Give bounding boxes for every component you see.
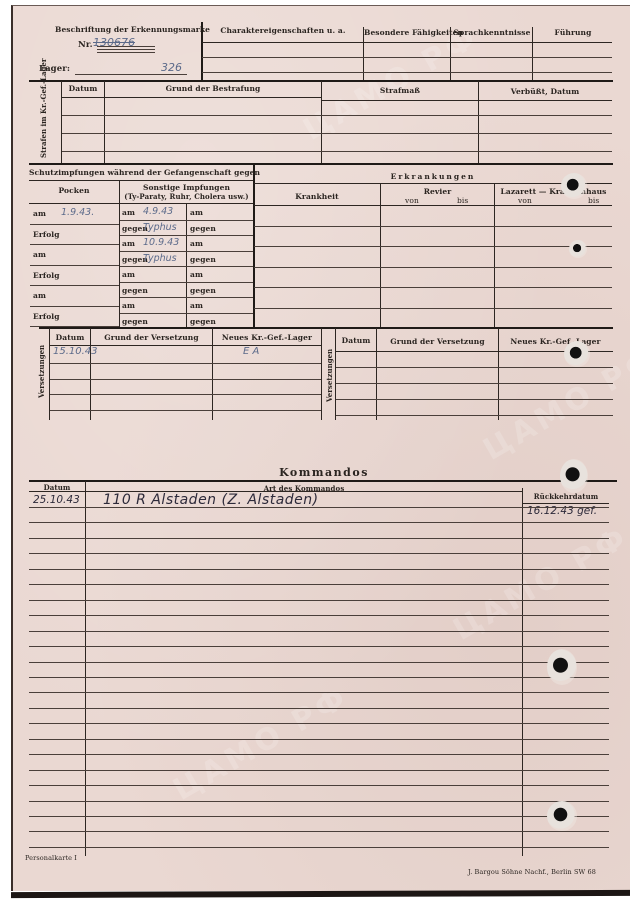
transfer-camp-value: E A: [243, 346, 259, 357]
kommando-row-line: [29, 708, 609, 709]
printer-imprint: J. Bargou Söhne Nachf., Berlin SW 68: [468, 868, 596, 876]
kommando-row-line: [29, 785, 609, 786]
punch-hole: [561, 173, 587, 199]
kommando-row-line: [29, 754, 609, 755]
row-line: [254, 287, 612, 288]
row-line: [30, 265, 119, 266]
punch-hole: [560, 459, 588, 493]
col-transfer-date-2: Datum: [336, 336, 376, 345]
vaccination-row-label-2: am: [190, 301, 203, 310]
col-infirmary: Revier: [381, 187, 494, 196]
pox-row-label: am: [33, 209, 46, 218]
kommando-row-line: [29, 553, 609, 554]
pox-row-label: am: [33, 291, 46, 300]
row-line: [120, 251, 253, 252]
col-illness: Krankheit: [254, 192, 380, 201]
punch-hole: [547, 649, 577, 685]
pox-row-label: Erfolg: [33, 271, 60, 280]
kommandos-title: Kommandos: [29, 466, 619, 479]
pox-row-label: am: [33, 250, 46, 259]
row-line: [120, 282, 253, 283]
camp-value: 326: [161, 61, 182, 74]
hospital-to: bis: [588, 196, 599, 205]
kommando-row-line: [29, 770, 609, 771]
infirmary-from: von: [405, 196, 419, 205]
row-line: [120, 235, 253, 236]
vaccination-row-label: am: [122, 301, 135, 310]
kommando-row-line: [29, 538, 609, 539]
row-line: [120, 266, 253, 267]
vaccination-row-label-2: gegen: [190, 224, 216, 233]
vaccination-row-label-2: gegen: [190, 255, 216, 264]
kommando-row-line: [29, 600, 609, 601]
vaccination-row-value: Typhus: [143, 222, 177, 233]
col-abilities: Besondere Fähigkeiten: [364, 28, 450, 37]
row-line: [120, 220, 253, 221]
kommando-row-line: [29, 584, 609, 585]
vaccination-row-label: am: [122, 270, 135, 279]
nr-value: 130676: [93, 36, 135, 49]
col-penalty: Strafmaß: [322, 86, 478, 95]
vaccination-row-value: 4.9.43: [143, 206, 173, 217]
col-served-date: Verbüßt, Datum: [479, 87, 611, 96]
kommando-row-line: [29, 646, 609, 647]
vaccinations-title: Schutzimpfungen während der Gefangenscha…: [29, 168, 251, 177]
col-pox: Pocken: [29, 186, 119, 195]
kommando-row-line: [29, 662, 609, 663]
row-line: [254, 246, 612, 247]
watermark: ЦАМО РФ: [477, 339, 639, 468]
col-new-camp-2: Neues Kr.-Gef.-Lager: [499, 337, 612, 346]
kommando-date-value: 25.10.43: [33, 494, 80, 506]
vaccination-row-value: 10.9.43: [143, 237, 179, 248]
vaccination-row-label: gegen: [122, 317, 148, 326]
kommando-row-line: [29, 692, 609, 693]
kommando-row-line: [29, 816, 609, 817]
col-character: Charaktereigenschaften u. a.: [203, 26, 363, 35]
col-new-camp: Neues Kr.-Gef.-Lager: [213, 333, 321, 342]
watermark: ЦАМО РФ: [167, 679, 355, 808]
row-line: [120, 313, 253, 314]
infirmary-to: bis: [457, 196, 468, 205]
vaccination-row-label-2: gegen: [190, 286, 216, 295]
vaccination-row-label: gegen: [122, 286, 148, 295]
hospital-from: von: [518, 196, 532, 205]
vaccination-row-label-2: gegen: [190, 317, 216, 326]
row-line: [30, 285, 119, 286]
pox-row-value: 1.9.43.: [61, 207, 94, 218]
row-line: [254, 267, 612, 268]
punch-hole: [547, 801, 577, 831]
row-line: [30, 306, 119, 307]
kommando-row-line: [29, 677, 609, 678]
tag-label: Beschriftung der Erkennungsmarke: [55, 25, 210, 34]
vaccination-row-label-2: am: [190, 270, 203, 279]
col-return-date: Rückkehrdatum: [523, 492, 609, 501]
vaccination-row-label-2: am: [190, 239, 203, 248]
col-transfer-date: Datum: [50, 333, 90, 342]
kommando-type-value: 110 R Alstaden (Z. Alstaden): [103, 492, 319, 508]
col-transfer-reason: Grund der Versetzung: [91, 333, 212, 342]
col-other-vaccinations-sub: (Ty-Paraty, Ruhr, Cholera usw.): [120, 192, 253, 201]
col-punishment-reason: Grund der Bestrafung: [105, 84, 321, 93]
kommando-row-line: [29, 569, 609, 570]
form-id: Personalkarte I: [25, 854, 77, 862]
watermark: ЦАМО РФ: [297, 19, 485, 148]
kommando-row-line: [29, 801, 609, 802]
vaccination-row-label-2: am: [190, 208, 203, 217]
pox-row-label: Erfolg: [33, 312, 60, 321]
punch-hole: [569, 240, 587, 258]
row-line: [120, 297, 253, 298]
punch-hole: [564, 341, 590, 367]
col-hospital: Lazarett — Krankenhaus: [495, 187, 612, 196]
pox-row-label: Erfolg: [33, 230, 60, 239]
kommando-row-line: [29, 522, 609, 523]
row-line: [30, 224, 119, 225]
kommando-row-line: [29, 723, 609, 724]
illnesses-title: Erkrankungen: [254, 172, 612, 181]
vaccination-row-value: Typhus: [143, 253, 177, 264]
kommando-row-line: [29, 831, 609, 832]
col-date: Datum: [62, 84, 104, 93]
row-line: [30, 244, 119, 245]
transfers-side-label-right: Versetzungen: [325, 349, 334, 402]
col-languages: Sprachkenntnisse: [451, 28, 533, 37]
row-line: [254, 308, 612, 309]
kommando-row-line: [29, 507, 609, 508]
vaccination-row-label: am: [122, 208, 135, 217]
kommando-row-line: [29, 631, 609, 632]
personnel-card: ЦАМО РФ ЦАМО РФ ЦАМО РФ ЦАМО РФ Beschrif…: [11, 5, 630, 891]
vaccination-row-label: am: [122, 239, 135, 248]
nr-label: Nr.: [78, 40, 93, 50]
col-conduct: Führung: [533, 28, 613, 37]
transfer-date-value: 15.10.43: [53, 346, 98, 357]
row-line: [254, 226, 612, 227]
kommando-row-line: [29, 847, 609, 848]
transfers-side-label-left: Versetzungen: [37, 345, 46, 398]
col-other-vaccinations: Sonstige Impfungen: [120, 183, 253, 192]
col-transfer-reason-2: Grund der Versetzung: [377, 337, 498, 346]
kommando-row-line: [29, 739, 609, 740]
punishments-side-label: Strafen im Kr.-Gef.-Lager: [39, 58, 48, 158]
kommando-row-line: [29, 615, 609, 616]
